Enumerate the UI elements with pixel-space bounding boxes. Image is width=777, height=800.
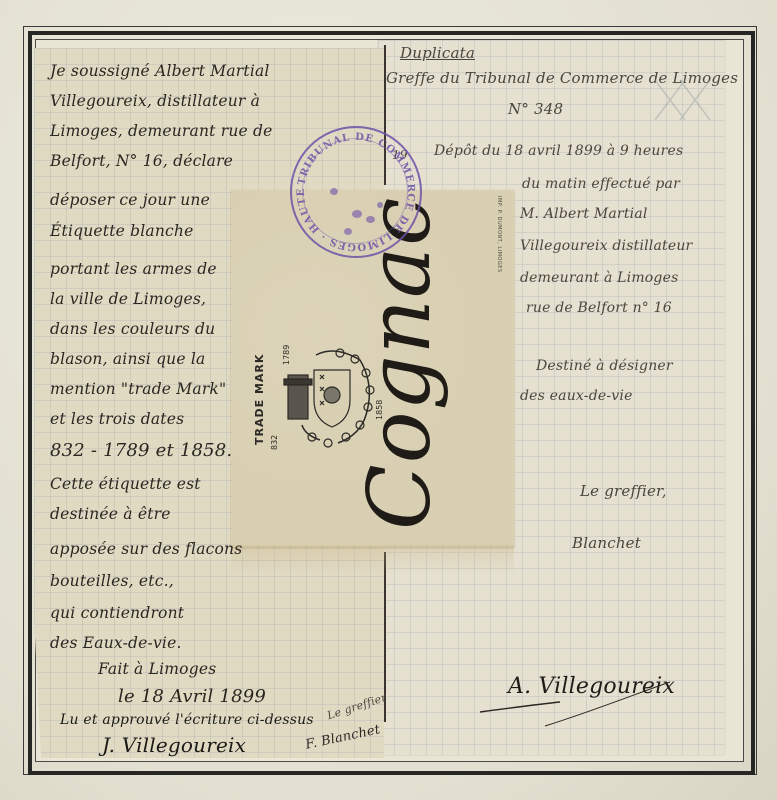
declaration-line-17: bouteilles, etc.,	[50, 572, 174, 590]
declaration-line-2: Villegoureix, distillateur à	[50, 92, 260, 110]
registry-line-1: Dépôt du 18 avril 1899 à 9 heures	[434, 143, 683, 159]
declaration-line-13: 832 - 1789 et 1858.	[50, 440, 232, 461]
pencil-cross-marks	[650, 70, 720, 130]
svg-text:TRIBUNAL DE COMMERCE DE LIMOGE: TRIBUNAL DE COMMERCE DE LIMOGES · HAUTE-…	[289, 125, 416, 252]
declaration-line-5: déposer ce jour une	[50, 191, 210, 209]
declaration-line-8: la ville de Limoges,	[50, 290, 206, 308]
approval-line: Lu et approuvé l'écriture ci-dessus	[60, 712, 314, 728]
declaration-line-14: Cette étiquette est	[50, 475, 201, 493]
registry-number: N° 348	[508, 100, 563, 118]
registry-line-3: M. Albert Martial	[520, 206, 648, 222]
printer-imprint: IMP. P. DUMONT, LIMOGES	[496, 196, 502, 273]
clerk-title: Le greffier,	[580, 482, 667, 500]
declaration-place: Fait à Limoges	[98, 660, 216, 678]
declaration-line-12: et les trois dates	[50, 410, 184, 428]
label-date-832: 832	[270, 435, 279, 450]
declaration-line-15: destinée à être	[50, 505, 171, 523]
declaration-date: le 18 Avril 1899	[118, 686, 266, 707]
signature-flourish	[480, 660, 680, 730]
glue-stain	[231, 545, 514, 575]
registry-line-6: rue de Belfort n° 16	[526, 300, 672, 316]
tribunal-stamp: TRIBUNAL DE COMMERCE DE LIMOGES · HAUTE-…	[290, 126, 422, 258]
registry-line-4: Villegoureix distillateur	[520, 238, 692, 254]
declaration-line-9: dans les couleurs du	[50, 320, 215, 338]
declaration-line-11: mention "trade Mark"	[50, 380, 226, 398]
declaration-line-19: des Eaux-de-vie.	[50, 634, 182, 652]
stamp-text-ring: TRIBUNAL DE COMMERCE DE LIMOGES · HAUTE-…	[289, 125, 423, 259]
purpose-line-1: Destiné à désigner	[536, 358, 673, 374]
declaration-line-1: Je soussigné Albert Martial	[50, 62, 270, 80]
declaration-line-7: portant les armes de	[50, 260, 217, 278]
purpose-line-2: des eaux-de-vie	[520, 388, 633, 404]
duplicata-heading: Duplicata	[400, 44, 475, 62]
registry-line-2: du matin effectué par	[522, 176, 680, 192]
declarant-signature: J. Villegoureix	[102, 733, 246, 757]
declaration-line-3: Limoges, demeurant rue de	[50, 122, 273, 140]
declaration-line-10: blason, ainsi que la	[50, 350, 205, 368]
trade-mark-text: TRADE MARK	[253, 354, 266, 445]
declaration-line-4: Belfort, N° 16, déclare	[50, 152, 233, 170]
declaration-line-16: apposée sur des flacons	[50, 540, 242, 558]
registry-line-5: demeurant à Limoges	[520, 270, 678, 286]
declaration-line-18: qui contiendront	[50, 604, 184, 622]
clerk-signature: Blanchet	[572, 534, 641, 552]
declaration-line-6: Étiquette blanche	[50, 222, 193, 240]
